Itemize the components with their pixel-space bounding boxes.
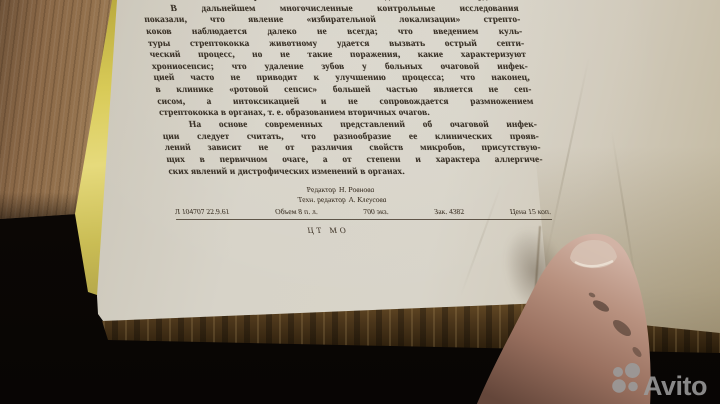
avito-logo-icon	[612, 363, 640, 393]
photo-frame: альными очагами ротового сепсиса и должн…	[0, 0, 720, 404]
pointing-finger	[0, 0, 720, 404]
avito-watermark: Avito	[598, 358, 720, 404]
avito-wordmark: Avito	[643, 371, 707, 401]
